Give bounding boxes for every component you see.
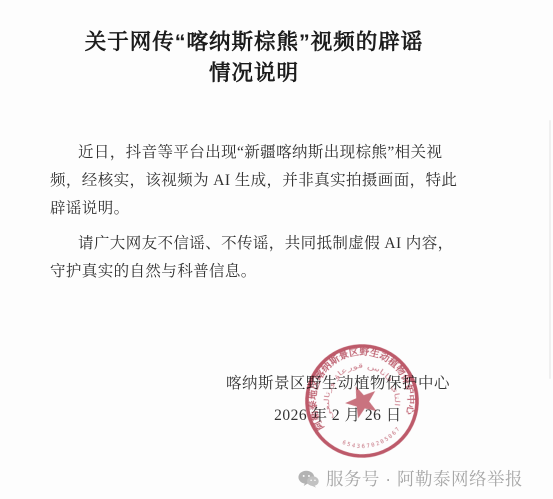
paragraph-1-line-3: 辟谣说明。 [50,195,458,223]
paragraph-2-line-1: 请广大网友不信谣、不传谣，共同抵制虚假 AI 内容， [50,230,458,258]
footer-service-bar: 服务号 · 阿勒泰网络举报 [298,466,523,491]
page-edge-shadow [549,120,551,379]
signature-organization: 喀纳斯景区野生动植物保护中心 [226,372,450,396]
seal-code: 6543670205067 [340,426,404,453]
signature-block: 喀纳斯景区野生动植物保护中心 2026 年 2 月 26 日 [226,372,450,428]
paragraph-1-line-2: 频，经核实，该视频为 AI 生成，并非真实拍摄画面，特此 [50,167,458,195]
svg-text:6543670205067: 6543670205067 [340,426,404,453]
document-title-line1: 关于网传“喀纳斯棕熊”视频的辟谣 [85,30,424,54]
paragraph-2-line-2: 守护真实的自然与科普信息。 [50,258,458,286]
signature-date: 2026 年 2 月 26 日 [226,404,450,428]
paragraph-2: 请广大网友不信谣、不传谣，共同抵制虚假 AI 内容， 守护真实的自然与科普信息。 [50,230,458,286]
paragraph-1: 近日，抖音等平台出现“新疆喀纳斯出现棕熊”相关视 频，经核实，该视频为 AI 生… [50,139,458,223]
document-title: 关于网传“喀纳斯棕熊”视频的辟谣 情况说明 [50,27,458,89]
document-page: { "document": { "title_line1": "关于网传“喀纳斯… [0,0,553,499]
wechat-icon [298,470,319,488]
footer-service-label: 服务号 · 阿勒泰网络举报 [326,466,523,491]
paragraph-1-line-1: 近日，抖音等平台出现“新疆喀纳斯出现棕熊”相关视 [50,139,458,167]
document-title-line2: 情况说明 [209,61,299,85]
